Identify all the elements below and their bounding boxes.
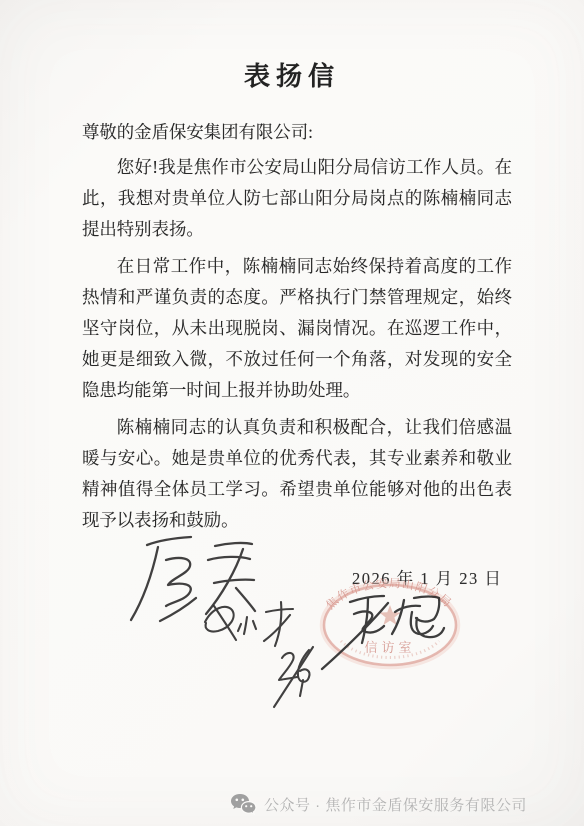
watermark-text: 公众号 · 焦作市金盾保安服务有限公司 xyxy=(264,794,527,815)
paragraph-3: 陈楠楠同志的认真负责和积极配合，让我们倍感温暖与安心。她是贵单位的优秀代表，其专… xyxy=(82,412,512,536)
handwritten-annotation-top xyxy=(131,537,255,621)
stamp-star-icon xyxy=(380,605,401,625)
official-stamp: 焦作市公安局山阳分局 信访室 xyxy=(322,576,458,667)
stamp-office-text: 信访室 xyxy=(364,640,415,655)
handwritten-name xyxy=(205,602,293,646)
paragraph-2: 在日常工作中，陈楠楠同志始终保持着高度的工作热情和严谨负责的态度。严格执行门禁管… xyxy=(82,251,512,406)
handwritten-signature xyxy=(322,596,444,669)
letter-body: 尊敬的金盾保安集团有限公司: 您好!我是焦作市公安局山阳分局信访工作人员。在此，… xyxy=(82,117,512,542)
letter-date: 2026 年 1 月 23 日 xyxy=(352,565,502,589)
handwritten-date xyxy=(274,647,313,707)
salutation: 尊敬的金盾保安集团有限公司: xyxy=(82,117,512,148)
watermark-footer: 公众号 · 焦作市金盾保安服务有限公司 xyxy=(230,793,527,816)
scanned-letter-page: 表扬信 尊敬的金盾保安集团有限公司: 您好!我是焦作市公安局山阳分局信访工作人员… xyxy=(0,0,584,826)
letter-title: 表扬信 xyxy=(0,56,584,93)
stamp-serial-arc xyxy=(341,641,439,658)
wechat-icon xyxy=(230,793,257,816)
paragraph-1: 您好!我是焦作市公安局山阳分局信访工作人员。在此，我想对贵单位人防七部山阳分局岗… xyxy=(82,152,512,245)
